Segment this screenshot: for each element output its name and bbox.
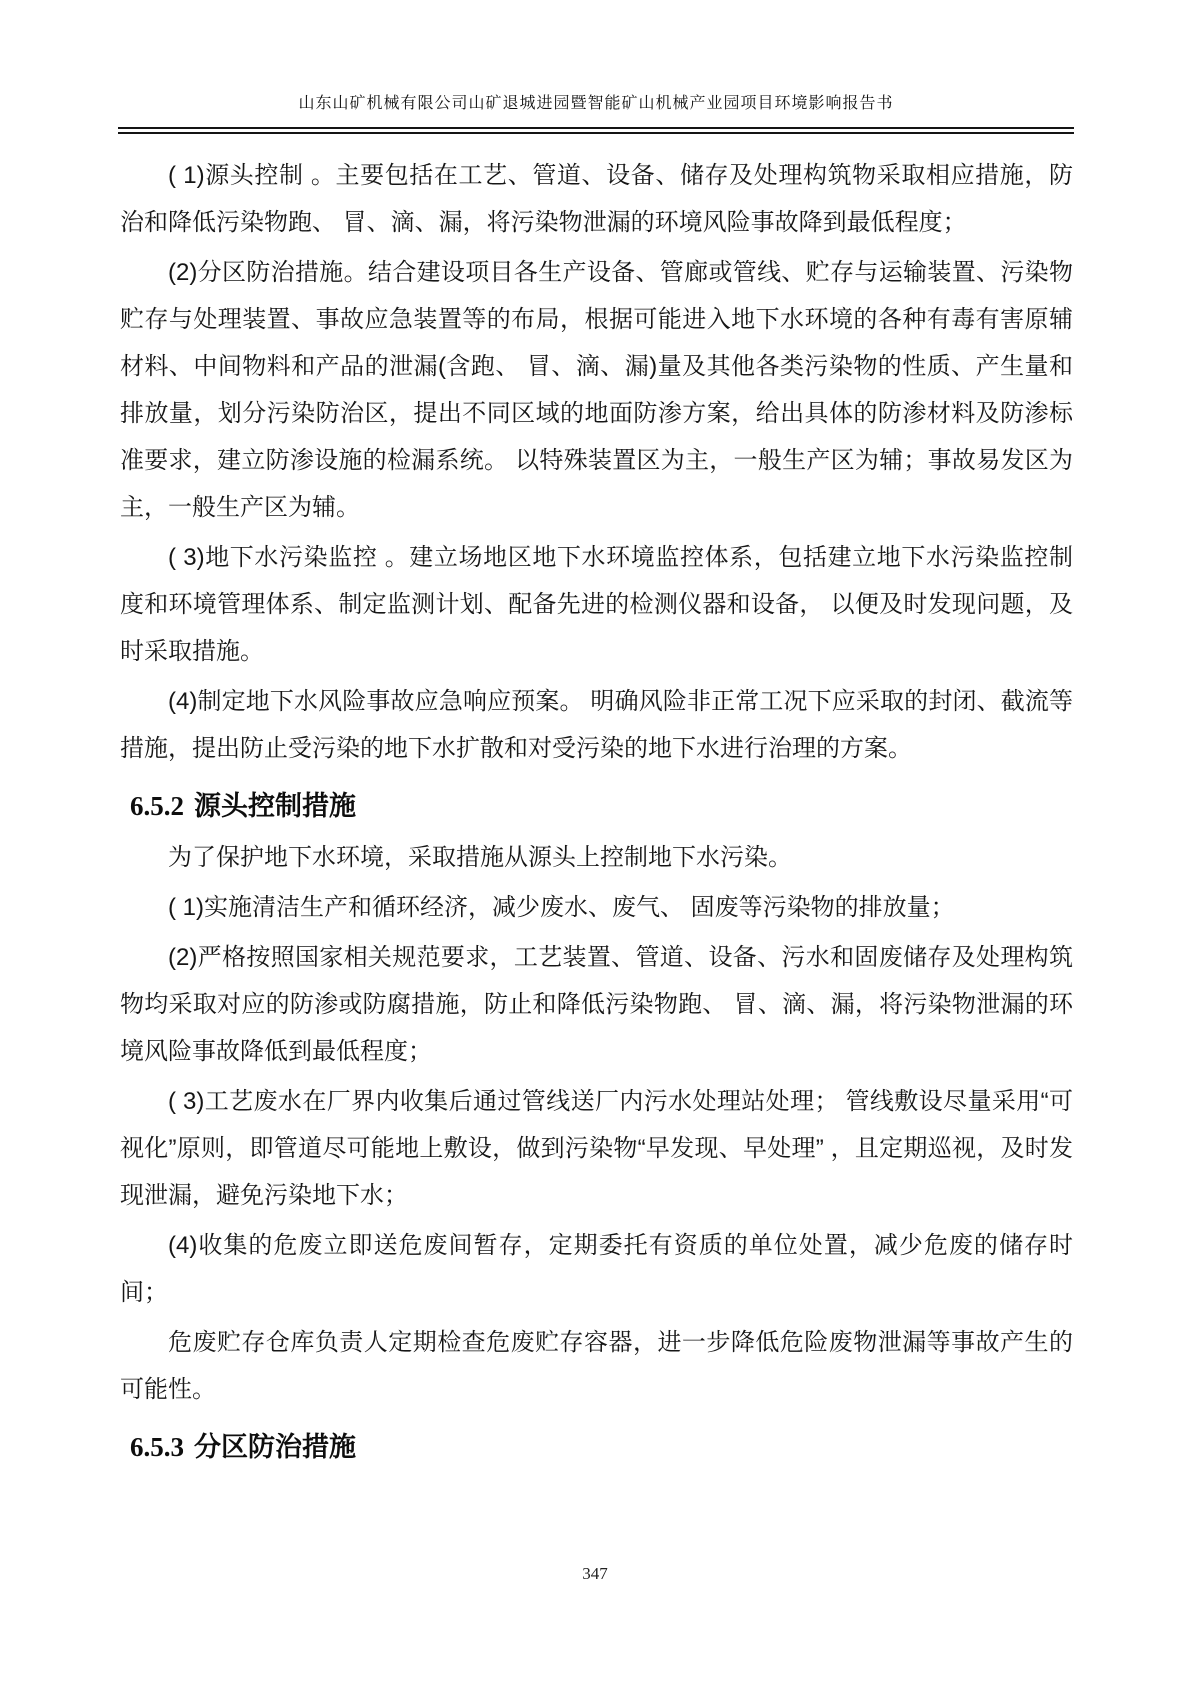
- paragraph: (2)分区防治措施。结合建设项目各生产设备、管廊或管线、贮存与运输装置、污染物贮…: [120, 249, 1073, 531]
- paragraph: ( 3)工艺废水在厂界内收集后通过管线送厂内污水处理站处理； 管线敷设尽量采用“…: [120, 1078, 1073, 1219]
- paragraph: ( 1)实施清洁生产和循环经济，减少废水、废气、 固废等污染物的排放量；: [120, 884, 1073, 931]
- section-title: 分区防治措施: [194, 1432, 356, 1462]
- paragraph: 危废贮存仓库负责人定期检查危废贮存容器，进一步降低危险废物泄漏等事故产生的可能性…: [120, 1319, 1073, 1413]
- section-number: 6.5.2: [130, 791, 184, 821]
- paragraph: ( 3)地下水污染监控 。建立场地区地下水环境监控体系，包括建立地下水污染监控制…: [120, 534, 1073, 675]
- document-body: ( 1)源头控制 。主要包括在工艺、管道、设备、储存及处理构筑物采取相应措施，防…: [120, 152, 1073, 1475]
- section-heading-653: 6.5.3分区防治措施: [120, 1427, 1073, 1467]
- section-heading-652: 6.5.2源头控制措施: [120, 786, 1073, 826]
- paragraph: (2)严格按照国家相关规范要求，工艺装置、管道、设备、污水和固废储存及处理构筑物…: [120, 934, 1073, 1075]
- page-number: 347: [0, 1564, 1190, 1584]
- paragraph: 为了保护地下水环境，采取措施从源头上控制地下水污染。: [120, 834, 1073, 881]
- document-page: 山东山矿机械有限公司山矿退城进园暨智能矿山机械产业园项目环境影响报告书 ( 1)…: [0, 0, 1190, 1683]
- paragraph: ( 1)源头控制 。主要包括在工艺、管道、设备、储存及处理构筑物采取相应措施，防…: [120, 152, 1073, 246]
- header-double-rule: [118, 127, 1074, 134]
- section-title: 源头控制措施: [194, 791, 356, 821]
- paragraph: (4)收集的危废立即送危废间暂存，定期委托有资质的单位处置，减少危废的储存时间；: [120, 1222, 1073, 1316]
- section-number: 6.5.3: [130, 1432, 184, 1462]
- paragraph: (4)制定地下水风险事故应急响应预案。 明确风险非正常工况下应采取的封闭、截流等…: [120, 678, 1073, 772]
- page-header-title: 山东山矿机械有限公司山矿退城进园暨智能矿山机械产业园项目环境影响报告书: [118, 94, 1074, 114]
